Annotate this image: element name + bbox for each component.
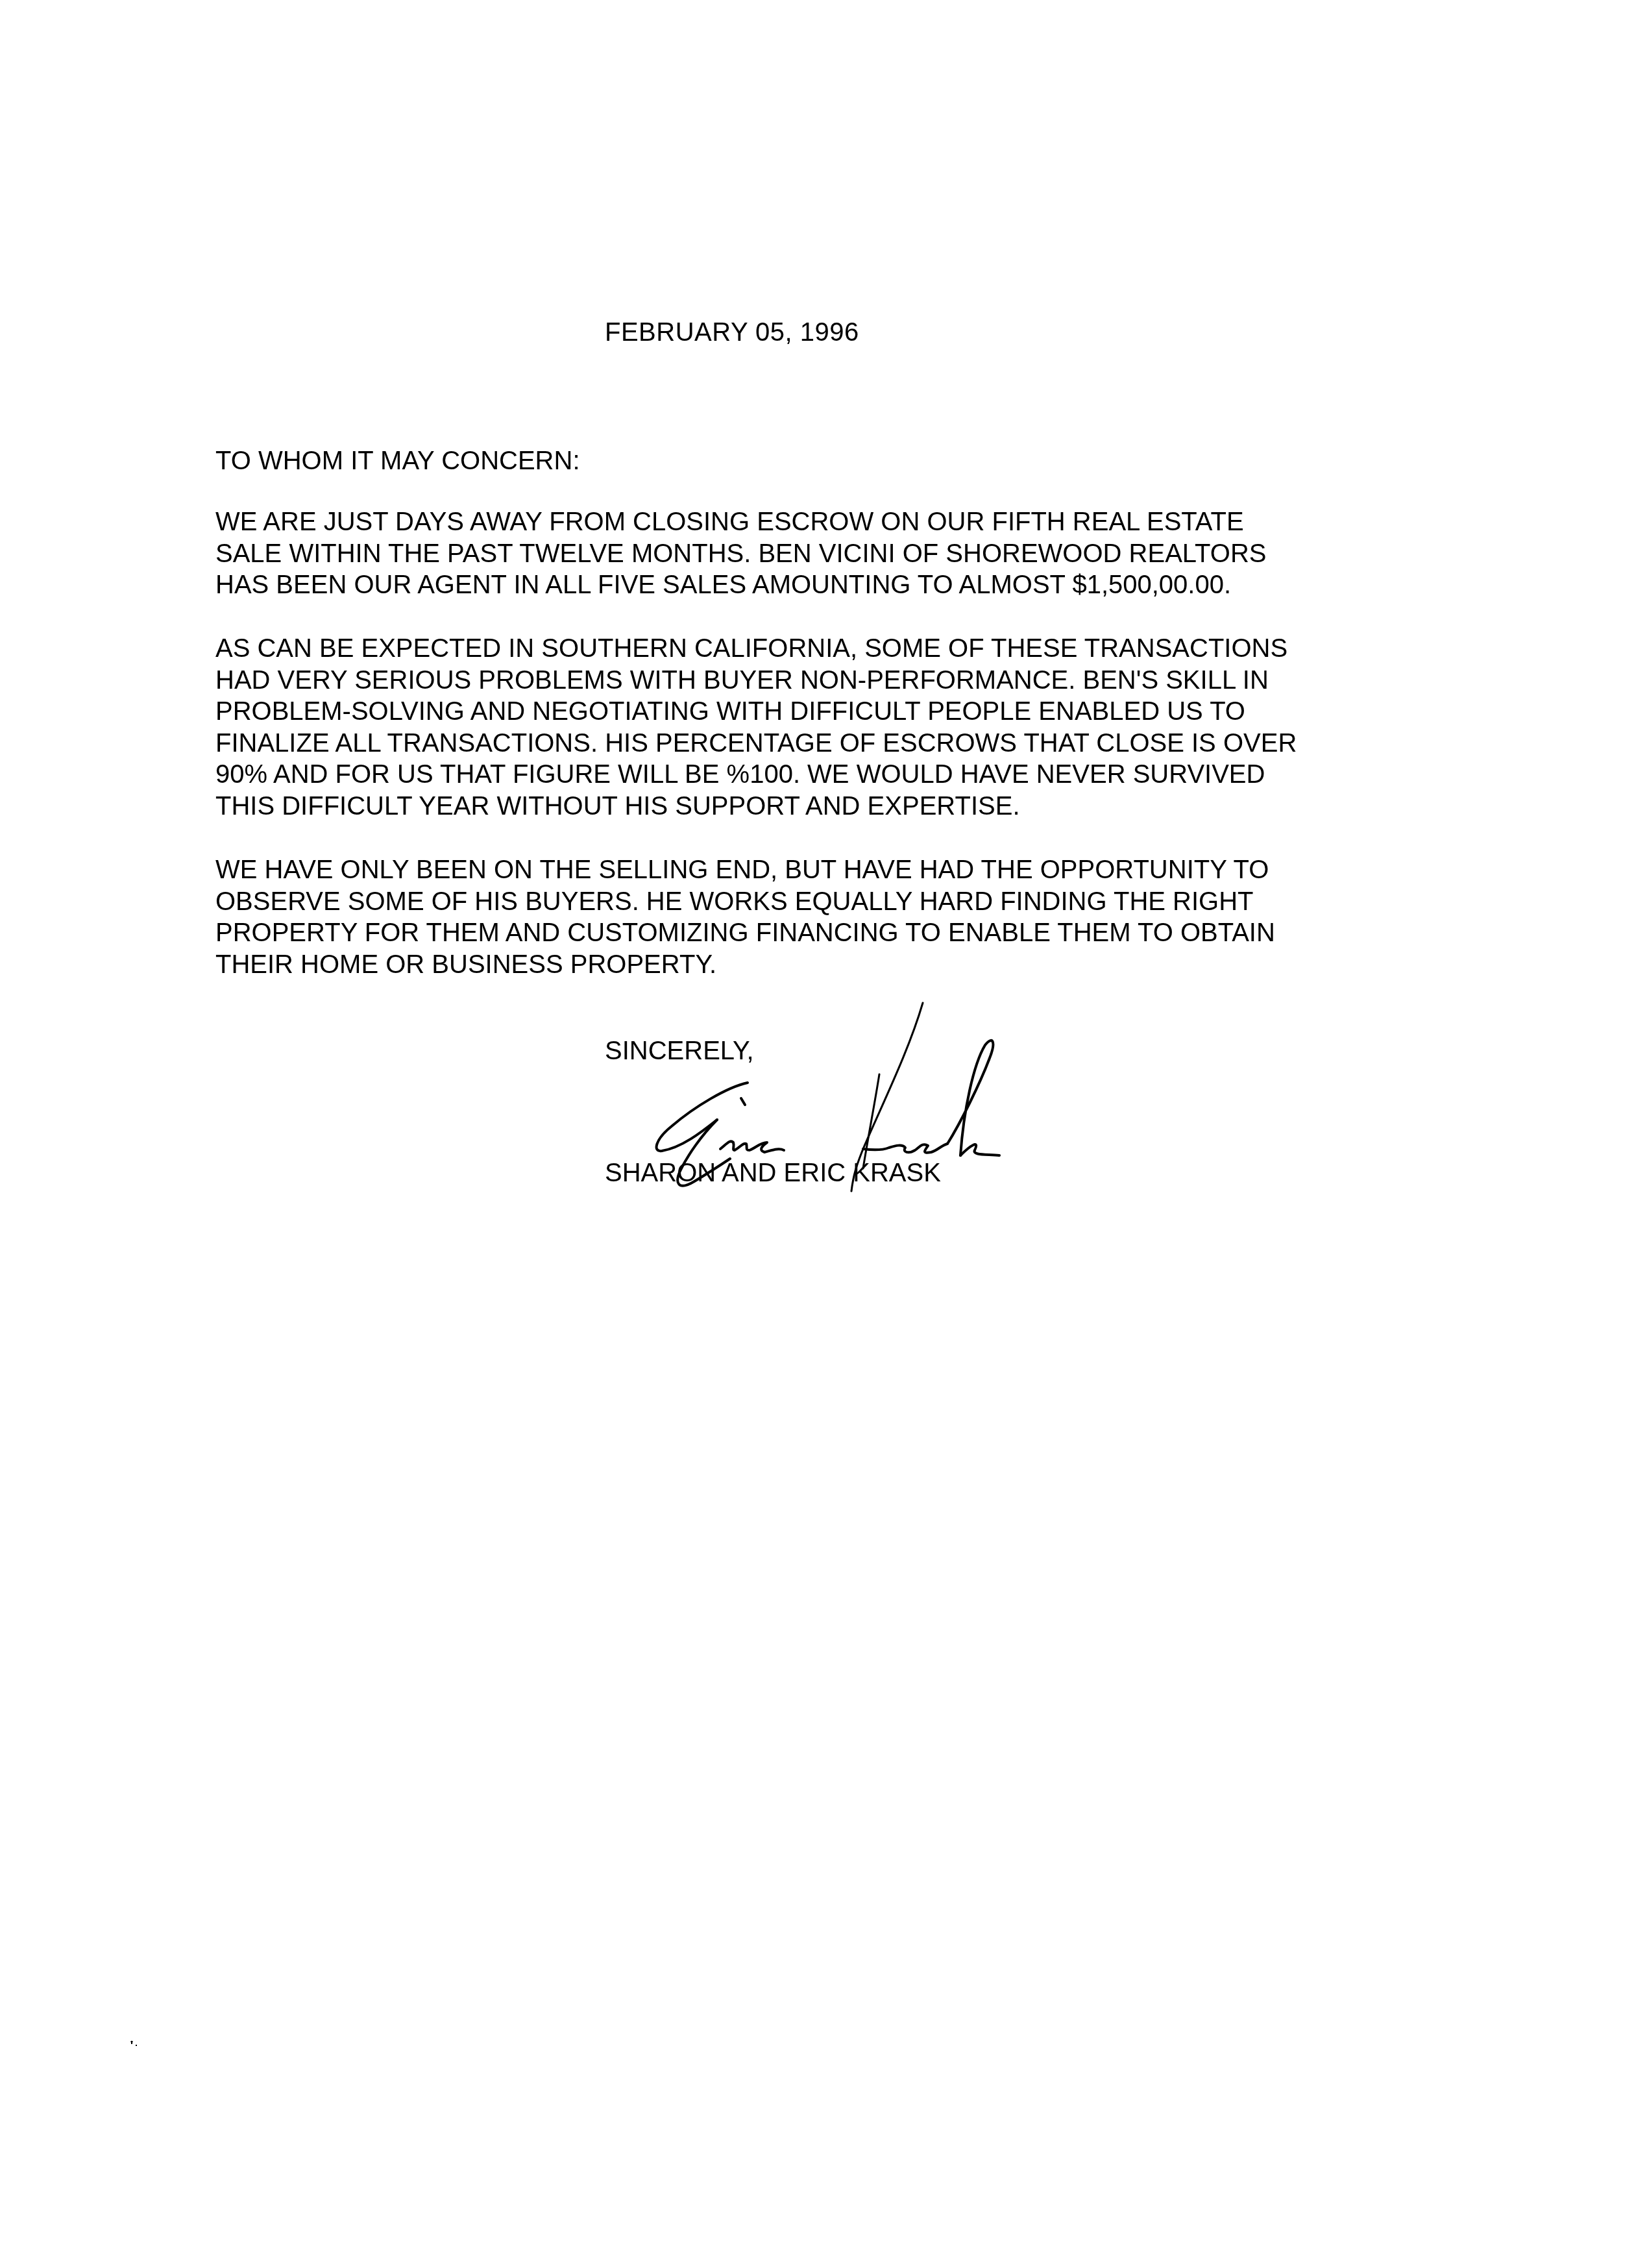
paragraph-line: FINALIZE ALL TRANSACTIONS. HIS PERCENTAG… bbox=[215, 728, 1297, 759]
paragraph-line: WE HAVE ONLY BEEN ON THE SELLING END, BU… bbox=[215, 854, 1275, 886]
salutation: TO WHOM IT MAY CONCERN: bbox=[215, 445, 580, 476]
letter-page: FEBRUARY 05, 1996 TO WHOM IT MAY CONCERN… bbox=[0, 0, 1647, 2268]
paragraph-line: HAS BEEN OUR AGENT IN ALL FIVE SALES AMO… bbox=[215, 569, 1267, 601]
signers-name: SHARON AND ERIC KRASK bbox=[605, 1157, 941, 1189]
paragraph-line: OBSERVE SOME OF HIS BUYERS. HE WORKS EQU… bbox=[215, 886, 1275, 918]
paragraph-line: THEIR HOME OR BUSINESS PROPERTY. bbox=[215, 949, 1275, 981]
paragraph-line: THIS DIFFICULT YEAR WITHOUT HIS SUPPORT … bbox=[215, 791, 1297, 822]
paragraph-2: AS CAN BE EXPECTED IN SOUTHERN CALIFORNI… bbox=[215, 633, 1297, 822]
paragraph-line: AS CAN BE EXPECTED IN SOUTHERN CALIFORNI… bbox=[215, 633, 1297, 665]
paragraph-line: SALE WITHIN THE PAST TWELVE MONTHS. BEN … bbox=[215, 538, 1267, 570]
paragraph-1: WE ARE JUST DAYS AWAY FROM CLOSING ESCRO… bbox=[215, 506, 1267, 601]
paragraph-line: HAD VERY SERIOUS PROBLEMS WITH BUYER NON… bbox=[215, 665, 1297, 696]
scan-speck-icon bbox=[130, 2038, 143, 2049]
paragraph-3: WE HAVE ONLY BEEN ON THE SELLING END, BU… bbox=[215, 854, 1275, 980]
paragraph-line: 90% AND FOR US THAT FIGURE WILL BE %100.… bbox=[215, 759, 1297, 791]
paragraph-line: PROPERTY FOR THEM AND CUSTOMIZING FINANC… bbox=[215, 917, 1275, 949]
paragraph-line: WE ARE JUST DAYS AWAY FROM CLOSING ESCRO… bbox=[215, 506, 1267, 538]
paragraph-line: PROBLEM-SOLVING AND NEGOTIATING WITH DIF… bbox=[215, 696, 1297, 728]
letter-date: FEBRUARY 05, 1996 bbox=[605, 317, 859, 348]
